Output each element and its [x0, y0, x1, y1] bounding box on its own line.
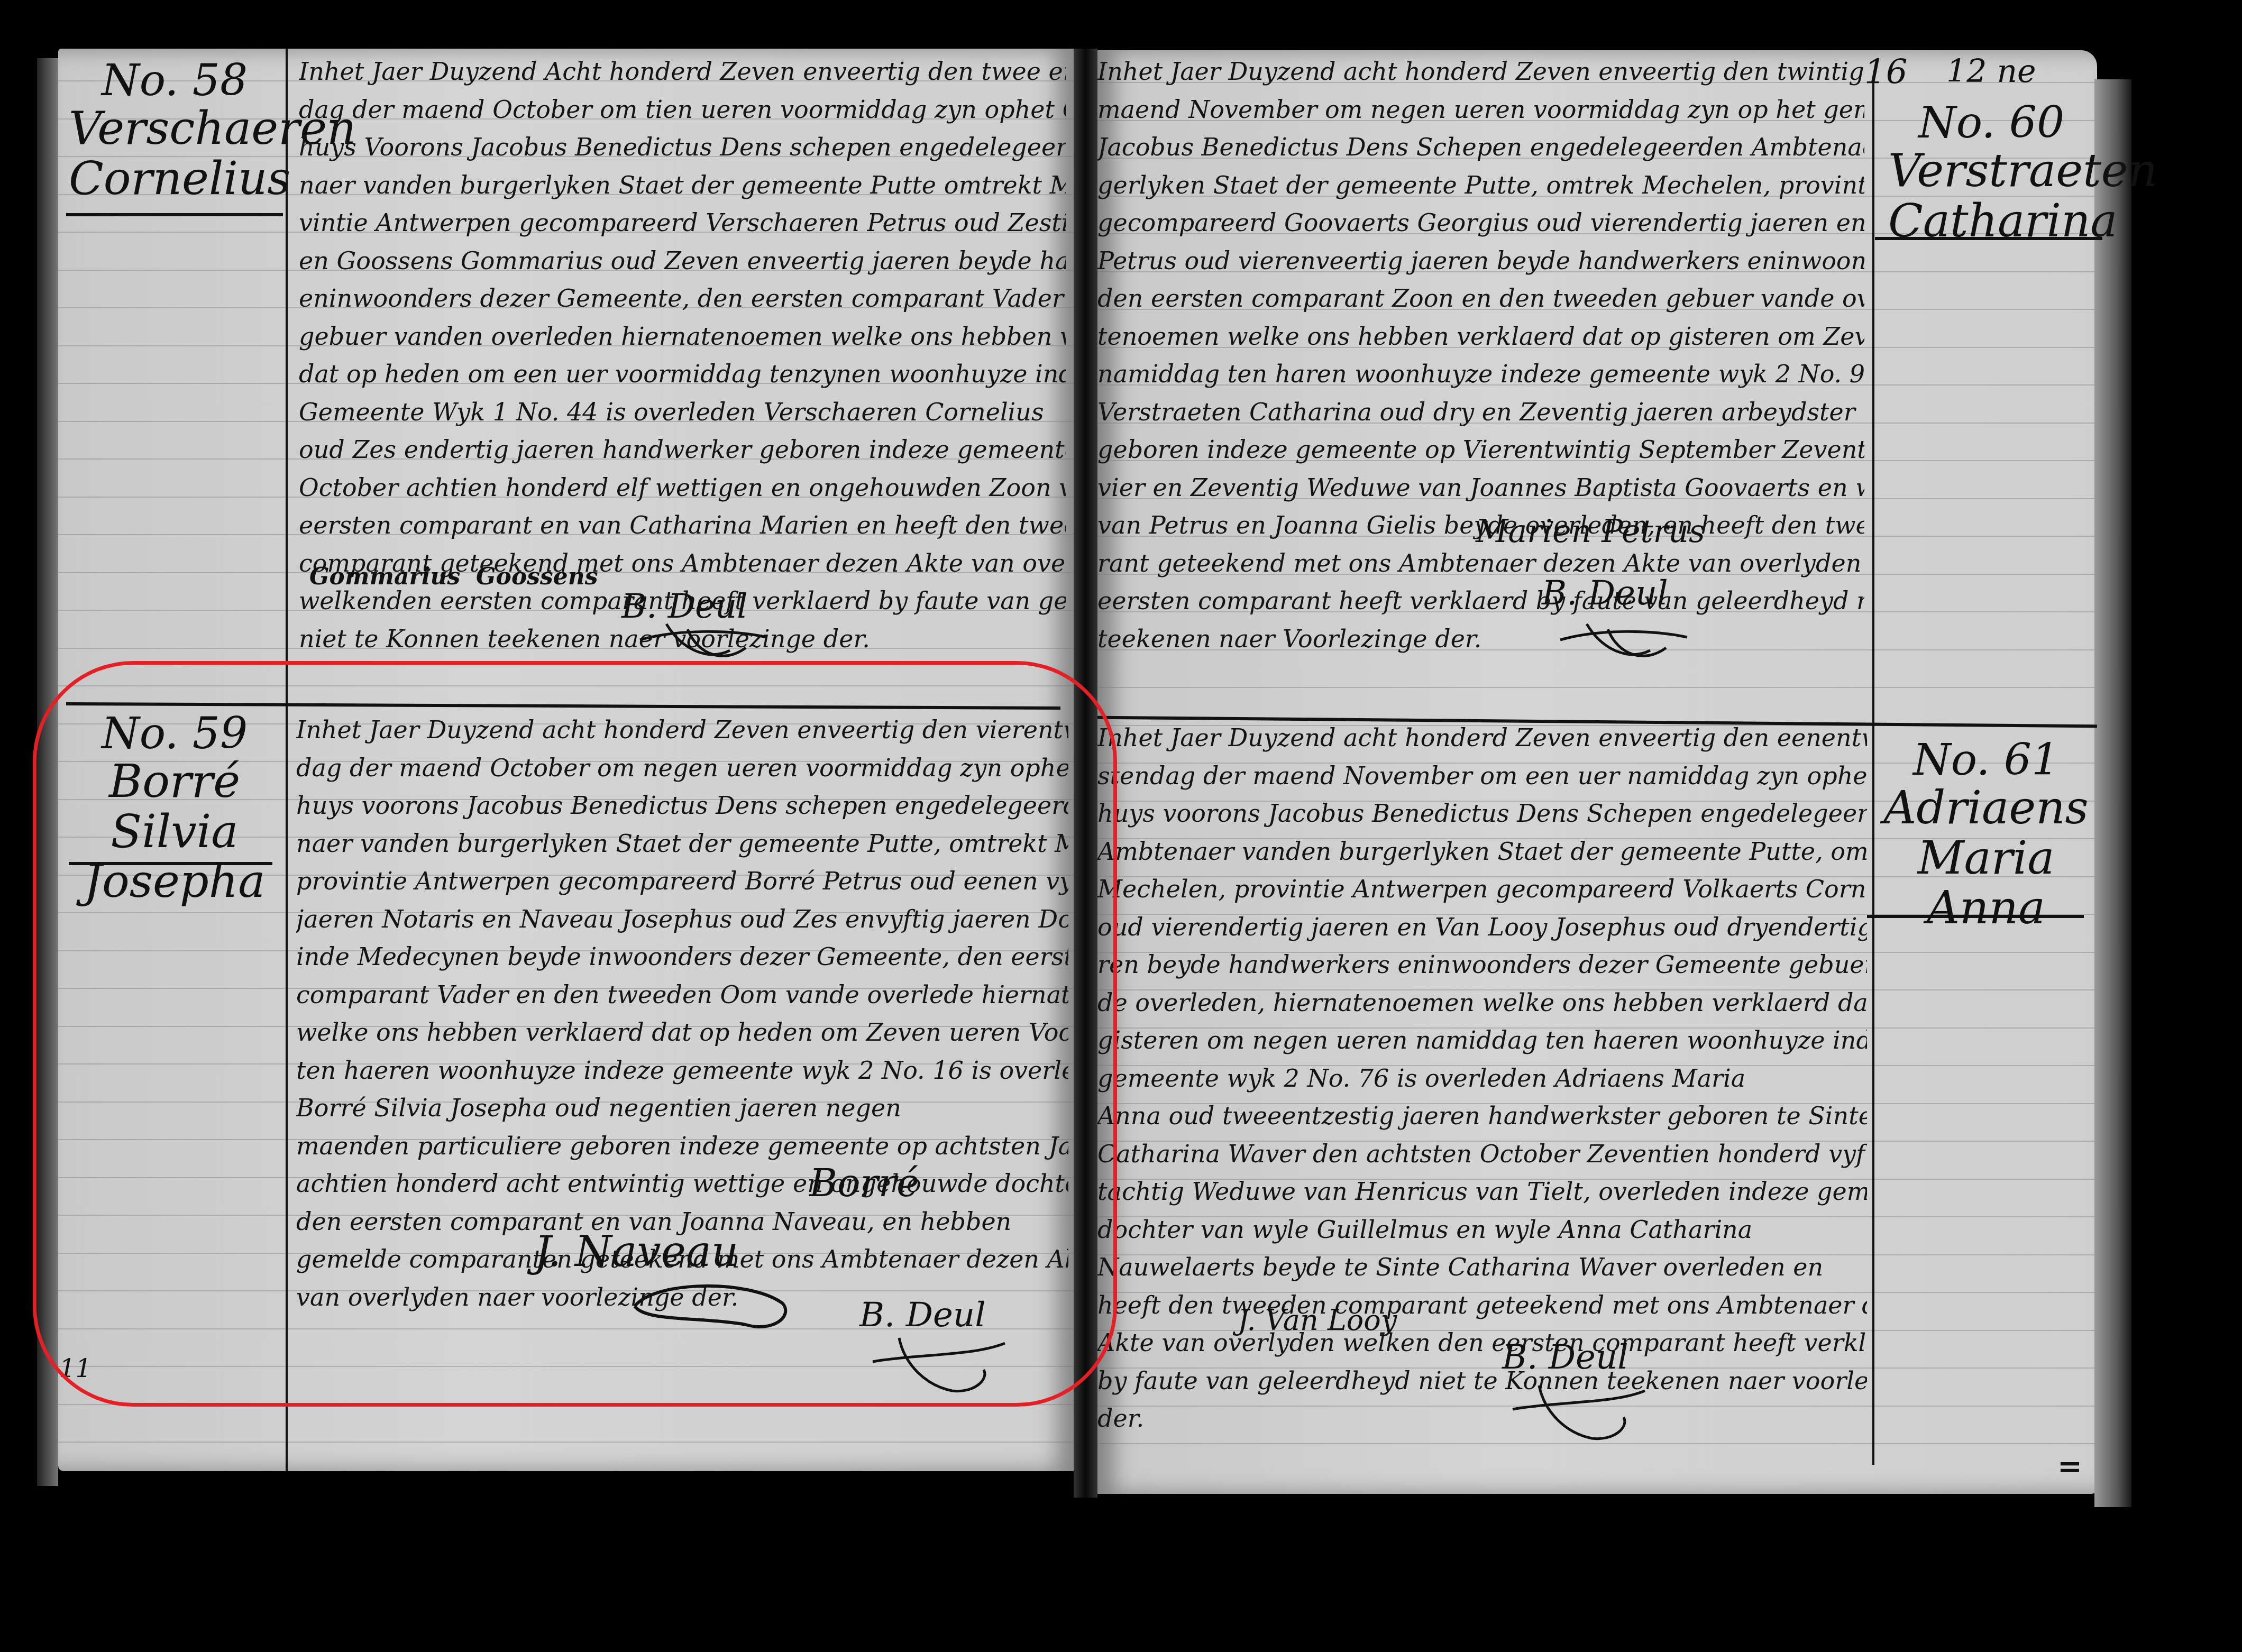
margin-header-60: No. 60 Verstraeten Catharina: [1888, 100, 2094, 246]
entry-line: gecompareerd Goovaerts Georgius oud vier…: [1097, 204, 1864, 242]
entry-line: heeft den tweeden comparant geteekend me…: [1097, 1287, 1867, 1325]
top-right-annotation: 12 ne: [1946, 53, 2036, 90]
entry-line: October achtien honderd elf wettigen en …: [299, 469, 1066, 507]
book-edge-right: [2094, 79, 2131, 1507]
entry-line: Mechelen, provintie Antwerpen gecomparee…: [1097, 870, 1867, 908]
surname: Adriaens: [1880, 783, 2092, 833]
ruled-line: [1097, 687, 2097, 688]
entry-line: Nauwelaerts beyde te Sinte Catharina Wav…: [1097, 1249, 1867, 1287]
given-name: Catharina: [1888, 196, 2094, 246]
witness-signature: Marien Petrus: [1476, 513, 1705, 550]
entry-line: en Goossens Gommarius oud Zeven enveerti…: [299, 242, 1066, 280]
entry-line: Akte van overlyden welken den eersten co…: [1097, 1324, 1867, 1362]
bottom-right-mark: =: [2057, 1449, 2082, 1484]
entry-body-61: Inhet Jaer Duyzend acht honderd Zeven en…: [1097, 719, 1867, 1438]
entry-line: der.: [1097, 1400, 1867, 1438]
entry-line: Petrus oud vierenveertig jaeren beyde ha…: [1097, 242, 1864, 280]
entry-line: oud Zes endertig jaeren handwerker gebor…: [299, 431, 1066, 469]
signature-flourish: [635, 619, 772, 666]
margin-rule-58: [66, 213, 283, 216]
surname: Verschaeren: [69, 104, 280, 154]
record-number: No. 58: [69, 58, 280, 104]
given-name-1: Maria: [1880, 833, 2092, 884]
entry-line: huys voorons Jacobus Benedictus Dens Sch…: [1097, 795, 1867, 833]
red-annotation-highlight: [33, 661, 1117, 1407]
entry-line: gerlyken Staet der gemeente Putte, omtre…: [1097, 167, 1864, 205]
entry-line: naer vanden burgerlyken Staet der gemeen…: [299, 167, 1066, 205]
entry-line: oud vierendertig jaeren en Van Looy Jose…: [1097, 908, 1867, 947]
entry-line: stendag der maend November om een uer na…: [1097, 757, 1867, 795]
official-signature: B. Deul: [1502, 1338, 1628, 1377]
entry-line: Inhet Jaer Duyzend acht honderd Zeven en…: [1097, 719, 1867, 757]
entry-line: vier en Zeventig Weduwe van Joannes Bapt…: [1097, 469, 1864, 507]
witness-signature: J. Van Looy: [1238, 1304, 1397, 1337]
entry-line: Catharina Waver den achtsten October Zev…: [1097, 1135, 1867, 1173]
record-number: No. 60: [1888, 100, 2094, 146]
page-number: 16: [1864, 53, 1907, 92]
entry-line: Ambtenaer vanden burgerlyken Staet der g…: [1097, 833, 1867, 871]
entry-line: by faute van geleerdheyd niet te Konnen …: [1097, 1362, 1867, 1400]
entry-line: dat op heden om een uer voormiddag tenzy…: [299, 355, 1066, 393]
entry-line: dag der maend October om tien ueren voor…: [299, 91, 1066, 129]
entry-line: tenoemen welke ons hebben verklaerd dat …: [1097, 318, 1864, 356]
entry-line: Inhet Jaer Duyzend acht honderd Zeven en…: [1097, 53, 1864, 91]
witness-signature: Goossens: [476, 563, 598, 590]
signature-flourish: [1555, 619, 1692, 666]
entry-line: gebuer vanden overleden hiernatenoemen w…: [299, 318, 1066, 356]
entry-line: de overleden, hiernatenoemen welke ons h…: [1097, 984, 1867, 1022]
right-page-margin-divider: [1872, 79, 1874, 1465]
signature-flourish: [1507, 1380, 1655, 1449]
record-number: No. 61: [1880, 738, 2092, 783]
entry-line: eninwoonders dezer Gemeente, den eersten…: [299, 280, 1066, 318]
entry-line: Verstraeten Catharina oud dry en Zeventi…: [1097, 393, 1864, 432]
entry-line: tachtig Weduwe van Henricus van Tielt, o…: [1097, 1173, 1867, 1211]
entry-line: huys Voorons Jacobus Benedictus Dens sch…: [299, 129, 1066, 167]
entry-line: geboren indeze gemeente op Vierentwintig…: [1097, 431, 1864, 469]
entry-line: Gemeente Wyk 1 No. 44 is overleden Versc…: [299, 393, 1066, 432]
entry-line: eersten comparant en van Catharina Marie…: [299, 507, 1066, 545]
margin-header-58: No. 58 Verschaeren Cornelius: [69, 58, 280, 204]
entry-line: gemeente wyk 2 No. 76 is overleden Adria…: [1097, 1060, 1867, 1098]
ruled-line: [58, 1442, 1074, 1443]
entry-line: den eersten comparant Zoon en den tweede…: [1097, 280, 1864, 318]
entry-line: Jacobus Benedictus Dens Schepen engedele…: [1097, 129, 1864, 167]
entry-line: namiddag ten haren woonhuyze indeze geme…: [1097, 355, 1864, 393]
entry-line: rant geteekend met ons Ambtenaer dezen A…: [1097, 545, 1864, 583]
given-name-2: Anna: [1880, 883, 2092, 933]
entry-body-60: Inhet Jaer Duyzend acht honderd Zeven en…: [1097, 53, 1864, 658]
entry-line: maend November om negen ueren voormiddag…: [1097, 91, 1864, 129]
given-name: Cornelius: [69, 154, 280, 204]
entry-line: dochter van wyle Guillelmus en wyle Anna…: [1097, 1211, 1867, 1249]
entry-line: eersten comparant heeft verklaerd by fau…: [1097, 582, 1864, 620]
surname: Verstraeten: [1888, 146, 2094, 196]
entry-line: vintie Antwerpen gecompareerd Verschaere…: [299, 204, 1066, 242]
official-signature: B. Deul: [1542, 574, 1668, 613]
entry-line: Anna oud tweeentzestig jaeren handwerkst…: [1097, 1097, 1867, 1135]
witness-signature: Gommarius: [309, 563, 460, 590]
entry-line: gisteren om negen ueren namiddag ten hae…: [1097, 1022, 1867, 1060]
entry-line: ren beyde handwerkers eninwoonders dezer…: [1097, 946, 1867, 984]
entry-line: Inhet Jaer Duyzend Acht honderd Zeven en…: [299, 53, 1066, 91]
entry-line: teekenen naer Voorlezinge der.: [1097, 620, 1864, 658]
margin-header-61: No. 61 Adriaens Maria Anna: [1880, 738, 2092, 933]
